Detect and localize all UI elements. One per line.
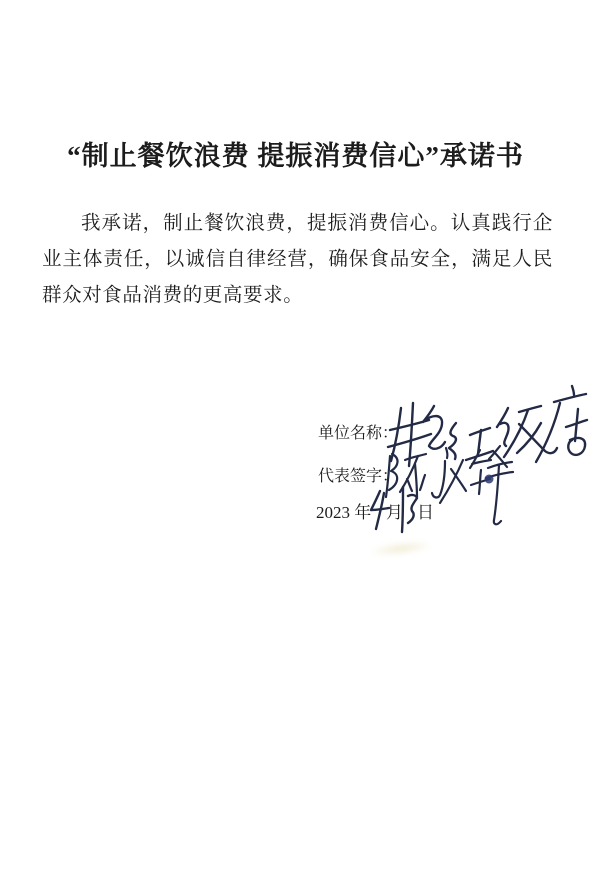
date-year-printed: 2023 年 — [316, 498, 371, 523]
document-title: “制止餐饮浪费 提振消费信心”承诺书 — [0, 134, 591, 173]
handwritten-day-number — [399, 485, 419, 533]
document-page: “制止餐饮浪费 提振消费信心”承诺书 我承诺，制止餐饮浪费，提振消费信心。认真践… — [0, 0, 591, 886]
scan-smudge — [367, 537, 434, 560]
commitment-paragraph: 我承诺，制止餐饮浪费，提振消费信心。认真践行企业主体责任，以诚信自律经营，确保食… — [42, 206, 553, 314]
handwritten-month-number — [369, 489, 391, 531]
